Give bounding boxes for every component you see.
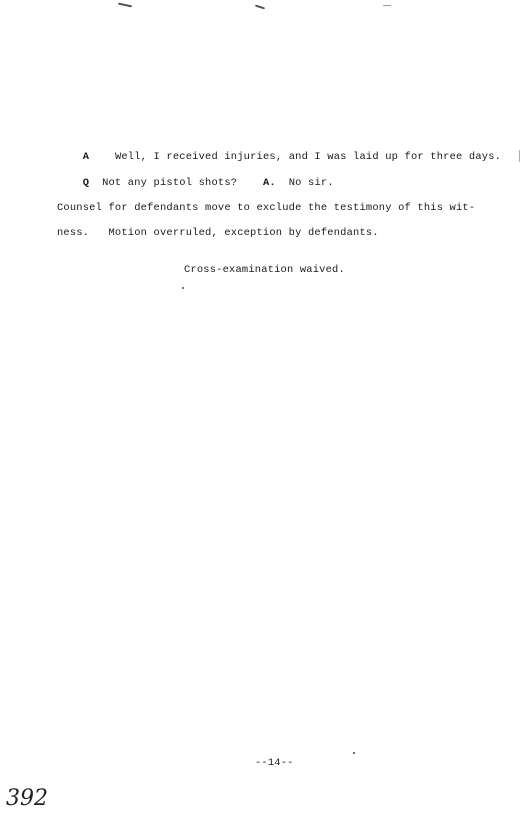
scan-artifact [255,5,265,10]
answer-text: Well, I received injuries, and I was lai… [115,151,501,163]
scan-artifact [519,150,520,162]
paragraph-line: Counsel for defendants move to exclude t… [57,202,475,214]
scan-artifact [383,5,391,6]
paragraph-line: ness. Motion overruled, exception by def… [57,227,379,239]
question-line: Q Not any pistol shots? A. No sir. [57,165,334,201]
scan-artifact [353,752,355,754]
answer-text: No sir. [289,177,334,189]
document-page: A Well, I received injuries, and I was l… [0,0,522,840]
question-text: Not any pistol shots? [102,177,237,189]
centered-note: Cross-examination waived. [184,264,345,276]
scan-artifact [182,287,184,289]
speaker-label: A. [263,177,276,189]
scan-artifact [118,3,132,8]
handwritten-page-number: 392 [6,786,48,811]
page-number: --14-- [255,757,294,769]
